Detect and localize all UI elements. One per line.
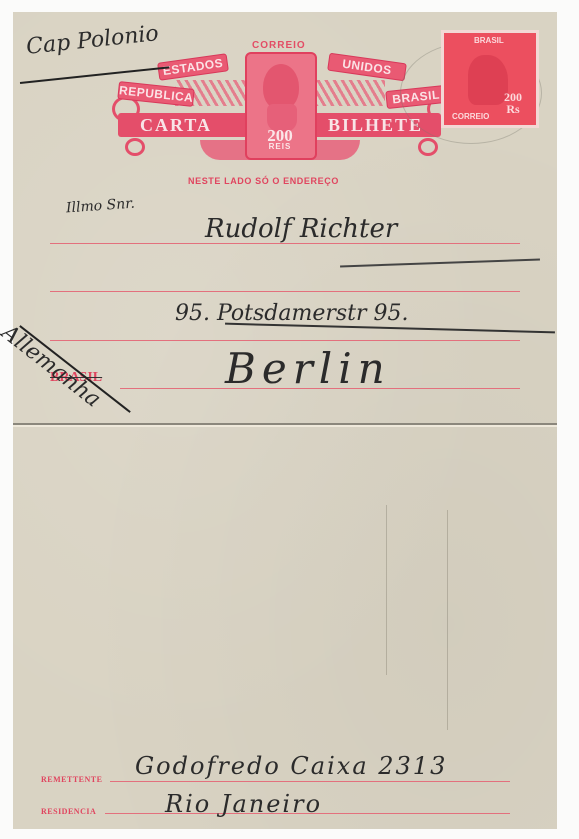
crease-mark	[447, 510, 448, 730]
perforation-bottom	[13, 826, 557, 832]
crease-mark	[386, 505, 387, 675]
stamp-label: CORREIO	[452, 112, 489, 121]
fold-line	[13, 423, 557, 425]
recipient-name: Rudolf Richter	[205, 214, 397, 244]
scroll-ornament-icon	[125, 138, 145, 156]
scroll-ornament-icon	[418, 138, 438, 156]
sender-city: Rio Janeiro	[165, 790, 322, 818]
indicium-currency: REIS	[252, 142, 308, 151]
address-line-2	[50, 291, 520, 292]
perforation-right	[555, 12, 561, 829]
address-line-3	[50, 340, 520, 341]
stamp-value: 200Rs	[504, 91, 522, 115]
residencia-label: RESIDENCIA	[41, 807, 96, 816]
address-side-instruction: NESTE LADO SÓ O ENDEREÇO	[188, 176, 339, 186]
remetente-label: REMETTENTE	[41, 775, 102, 784]
perforation-left	[9, 12, 15, 829]
indicium-correio-label: CORREIO	[252, 40, 306, 51]
remetente-line	[110, 781, 510, 782]
stamp-country: BRASIL	[474, 36, 504, 45]
title-carta: CARTA	[140, 115, 212, 136]
street-address: 95. Potsdamerstr 95.	[175, 301, 409, 326]
sender-name: Godofredo Caixa 2313	[135, 752, 447, 780]
allegory-figure-icon	[468, 55, 508, 105]
city: Berlin	[225, 344, 391, 393]
perforation-top	[13, 8, 557, 14]
laurel-right-icon	[315, 80, 385, 106]
postage-stamp: BRASIL 200Rs CORREIO	[444, 33, 536, 125]
